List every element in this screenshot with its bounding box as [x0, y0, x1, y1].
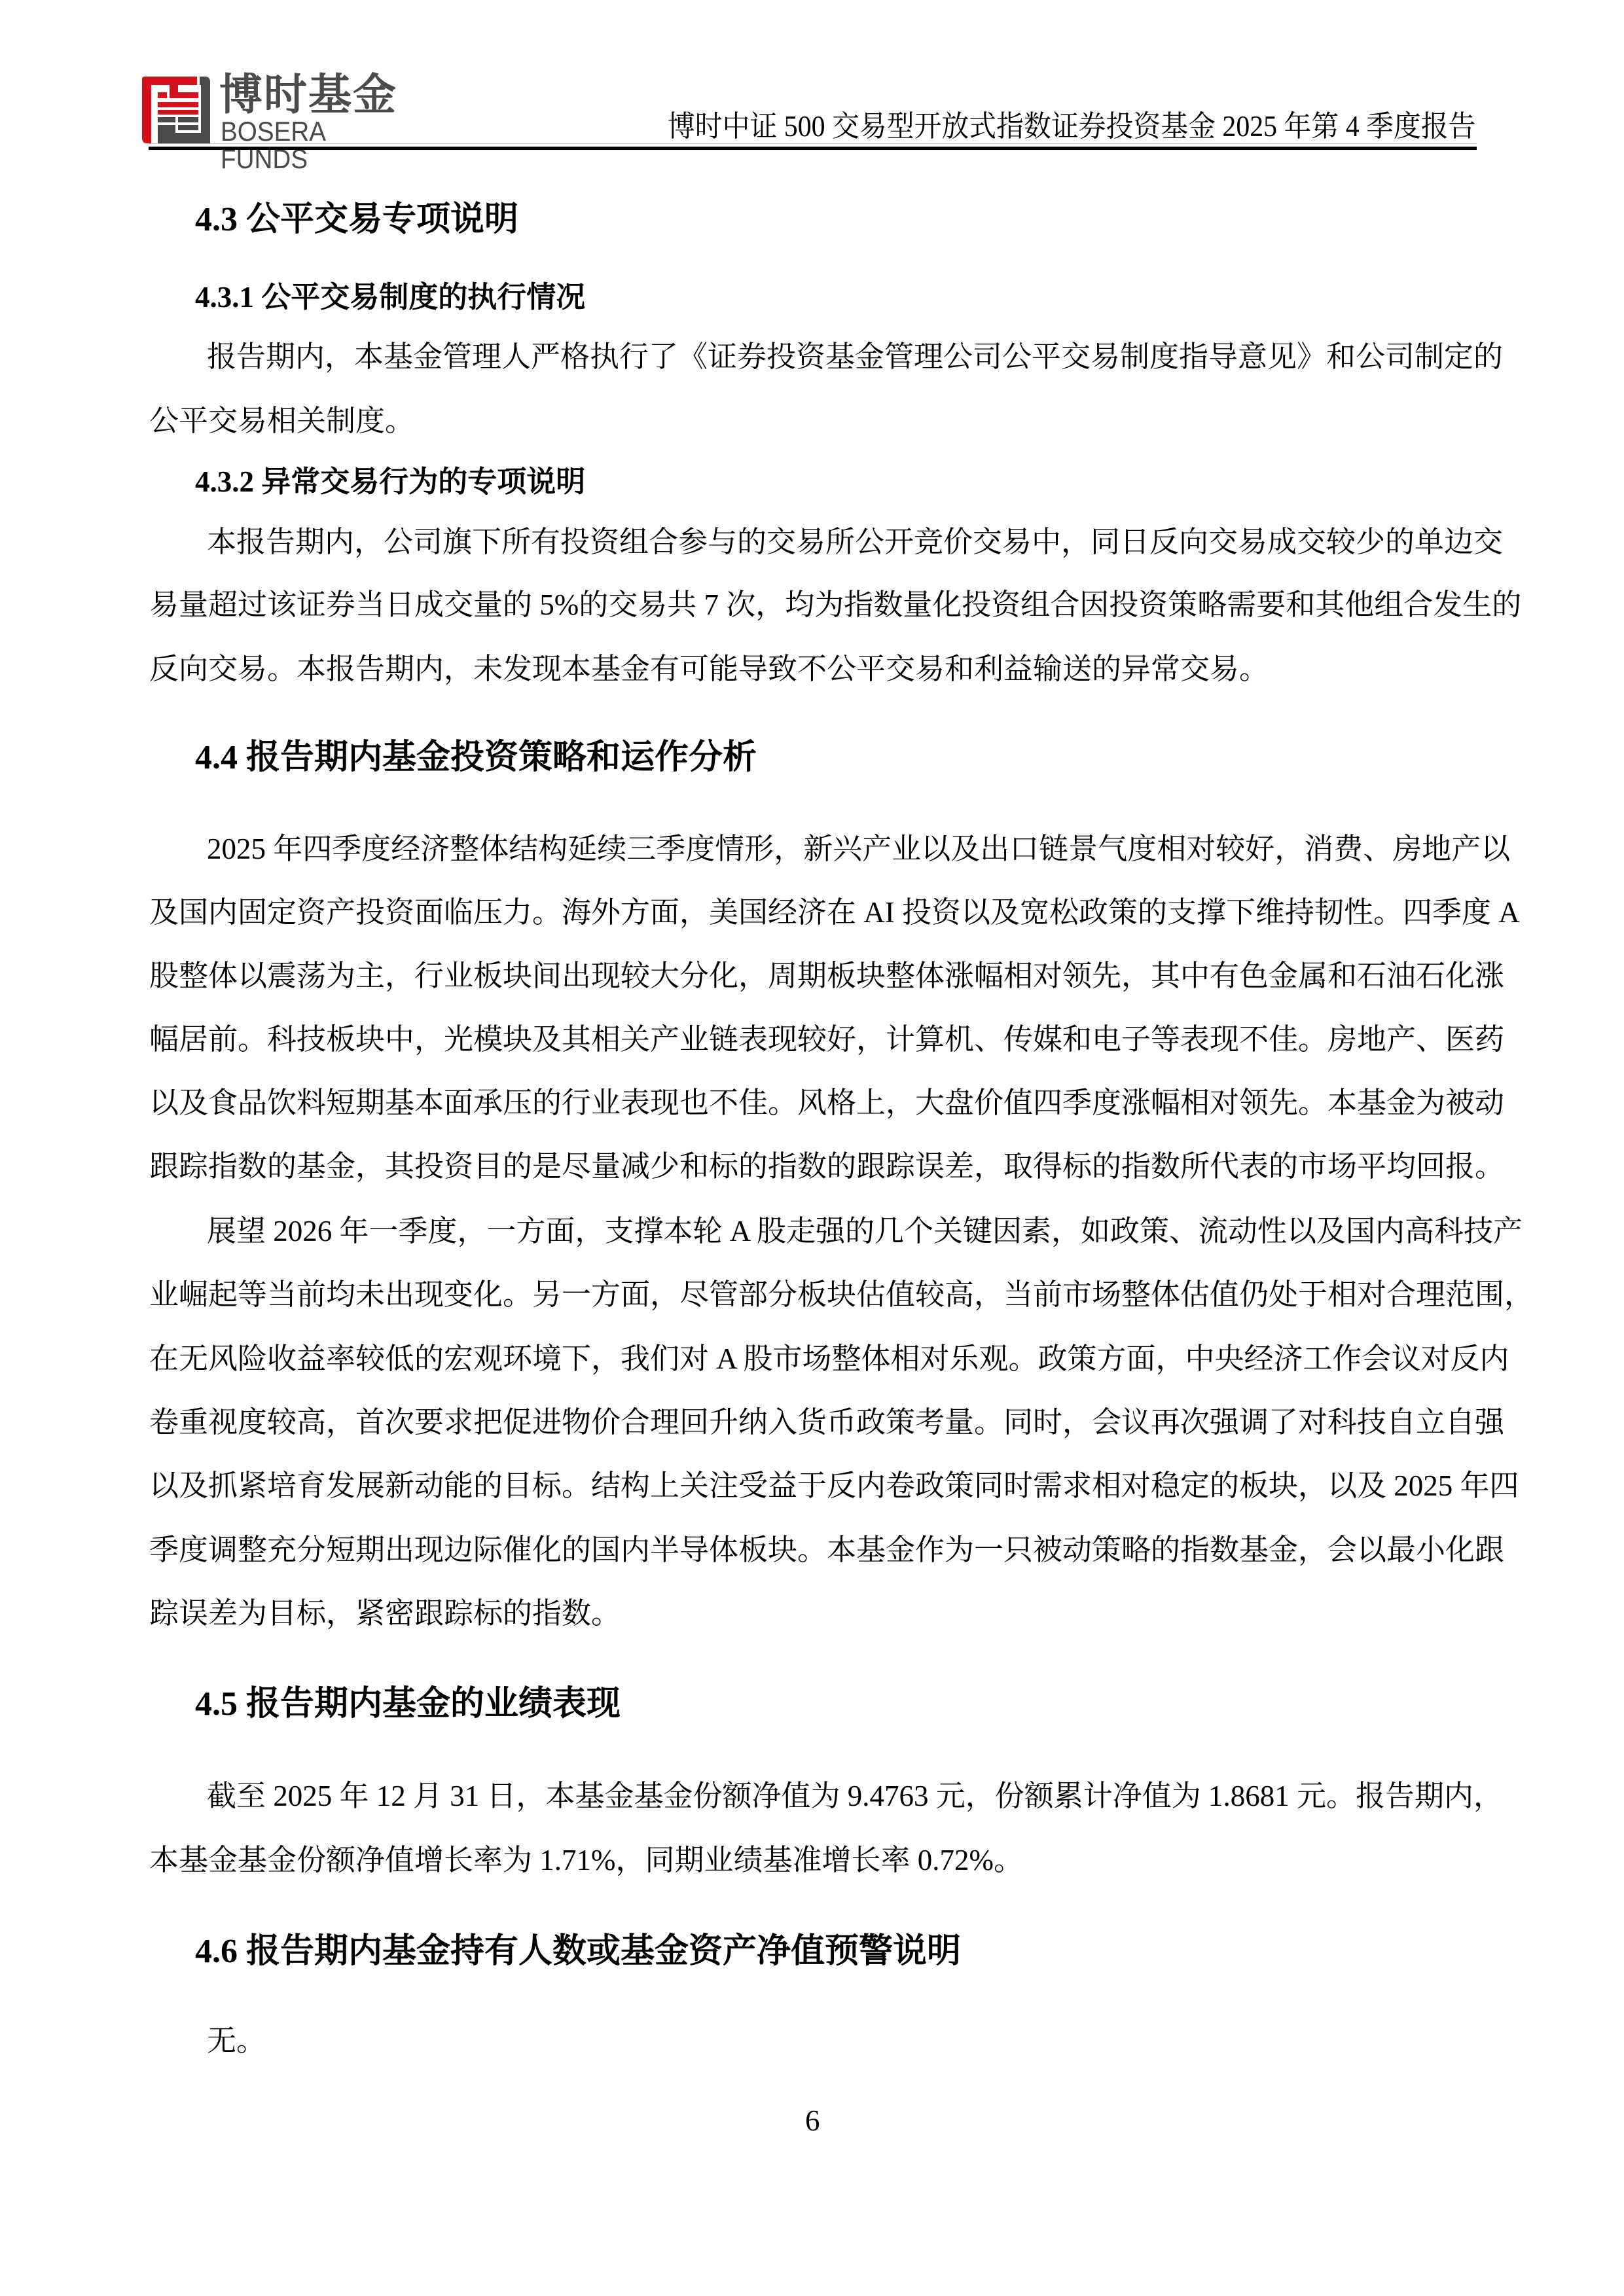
header-divider-thin — [149, 143, 1477, 144]
section-heading-4-3-1: 4.3.1 公平交易制度的执行情况 — [195, 279, 585, 315]
report-title: 博时中证 500 交易型开放式指数证券投资基金 2025 年第 4 季度报告 — [668, 110, 1476, 143]
section-heading-4-5: 4.5 报告期内基金的业绩表现 — [195, 1685, 621, 1724]
paragraph-line: 本基金基金份额净值增长率为 1.71%，同期业绩基准增长率 0.72%。 — [149, 1842, 1464, 1878]
paragraph-line: 跟踪指数的基金，其投资目的是尽量减少和标的指数的跟踪误差，取得标的指数所代表的市… — [149, 1148, 1464, 1185]
bosera-emblem-icon — [142, 77, 210, 143]
paragraph-line: 业崛起等当前均未出现变化。另一方面，尽管部分板块估值较高，当前市场整体估值仍处于… — [149, 1276, 1464, 1313]
paragraph-line: 公平交易相关制度。 — [149, 403, 1464, 439]
paragraph-line: 股整体以震荡为主，行业板块间出现较大分化，周期板块整体涨幅相对领先，其中有色金属… — [149, 958, 1464, 994]
paragraph-line: 报告期内，本基金管理人严格执行了《证券投资基金管理公司公平交易制度指导意见》和公… — [207, 338, 1464, 375]
logo-english-name: BOSERA FUNDS — [221, 118, 401, 173]
paragraph-line: 截至 2025 年 12 月 31 日，本基金基金份额净值为 9.4763 元，… — [207, 1778, 1464, 1814]
paragraph-line: 幅居前。科技板块中，光模块及其相关产业链表现较好，计算机、传媒和电子等表现不佳。… — [149, 1021, 1464, 1058]
paragraph-line: 季度调整充分短期出现边际催化的国内半导体板块。本基金作为一只被动策略的指数基金，… — [149, 1532, 1464, 1568]
paragraph-line: 无。 — [207, 2022, 1464, 2059]
paragraph-line: 以及抓紧培育发展新动能的目标。结构上关注受益于反内卷政策同时需求相对稳定的板块，… — [149, 1467, 1464, 1504]
section-heading-4-4: 4.4 报告期内基金投资策略和运作分析 — [195, 738, 757, 778]
section-heading-4-6: 4.6 报告期内基金持有人数或基金资产净值预警说明 — [195, 1932, 961, 1971]
paragraph-line: 踪误差为目标，紧密跟踪标的指数。 — [149, 1595, 1464, 1632]
logo-chinese-name: 博时基金 — [219, 72, 397, 118]
paragraph-line: 展望 2026 年一季度，一方面，支撑本轮 A 股走强的几个关键因素，如政策、流… — [207, 1213, 1464, 1249]
paragraph-line: 在无风险收益率较低的宏观环境下，我们对 A 股市场整体相对乐观。政策方面，中央经… — [149, 1340, 1464, 1377]
paragraph-line: 2025 年四季度经济整体结构延续三季度情形，新兴产业以及出口链景气度相对较好，… — [207, 831, 1464, 867]
page-number: 6 — [805, 2102, 820, 2139]
paragraph-line: 以及食品饮料短期基本面承压的行业表现也不佳。风格上，大盘价值四季度涨幅相对领先。… — [149, 1085, 1464, 1121]
header-divider — [149, 147, 1477, 150]
paragraph-line: 反向交易。本报告期内，未发现本基金有可能导致不公平交易和利益输送的异常交易。 — [149, 651, 1464, 687]
paragraph-line: 易量超过该证券当日成交量的 5%的交易共 7 次，均为指数量化投资组合因投资策略… — [149, 586, 1464, 623]
paragraph-line: 本报告期内，公司旗下所有投资组合参与的交易所公开竞价交易中，同日反向交易成交较少… — [207, 524, 1464, 560]
section-heading-4-3: 4.3 公平交易专项说明 — [195, 200, 518, 240]
paragraph-line: 卷重视度较高，首次要求把促进物价合理回升纳入货币政策考量。同时，会议再次强调了对… — [149, 1404, 1464, 1441]
bosera-logo: 博时基金 BOSERA FUNDS — [142, 75, 417, 145]
paragraph-line: 及国内固定资产投资面临压力。海外方面，美国经济在 AI 投资以及宽松政策的支撑下… — [149, 894, 1464, 931]
section-heading-4-3-2: 4.3.2 异常交易行为的专项说明 — [195, 463, 585, 500]
